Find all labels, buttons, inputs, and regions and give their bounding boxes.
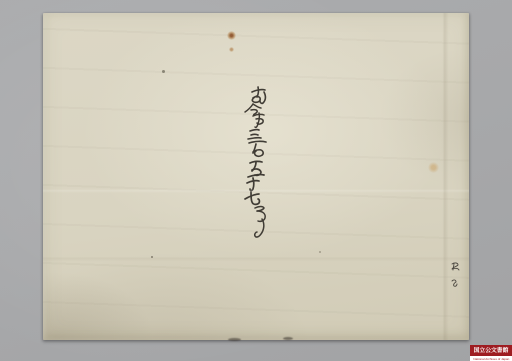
watermark-en-text: National Archives of Japan: [473, 357, 509, 360]
paper-speck: [151, 256, 153, 258]
handwriting-layer: [43, 13, 469, 340]
watermark-sub-strip: National Archives of Japan: [470, 356, 512, 361]
scan-background: 国立公文書館 National Archives of Japan: [0, 0, 512, 361]
foxing-stain-top-small: [229, 47, 234, 52]
margin-annotation-marks: [452, 263, 459, 286]
calligraphy-title: [245, 87, 266, 237]
foxing-stain-top: [227, 31, 236, 40]
paper-speck: [162, 70, 165, 73]
foxing-stain-right: [428, 162, 439, 173]
watermark-jp-text: 国立公文書館: [474, 348, 509, 354]
archives-watermark: 国立公文書館 National Archives of Japan: [470, 345, 512, 361]
document-sheet: [43, 13, 469, 340]
watermark-red-band: 国立公文書館: [470, 345, 512, 356]
paper-speck: [319, 251, 321, 253]
